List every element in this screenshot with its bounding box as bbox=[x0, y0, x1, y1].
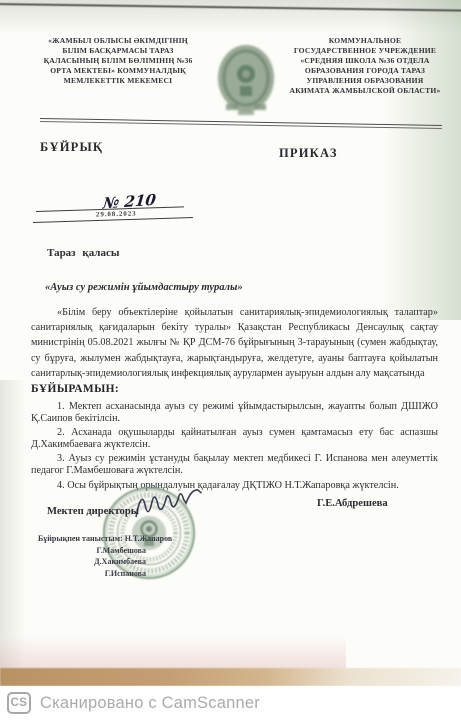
order-word-russian: ПРИКАЗ bbox=[279, 146, 338, 161]
camscanner-icon: CS bbox=[7, 692, 31, 714]
acknowledgement-label: Бұйрықпен таныстым: bbox=[38, 534, 123, 543]
document-title: «Ауыз су режимін ұйымдастыру туралы» bbox=[45, 282, 243, 293]
order-item-2: 2. Асханада оқушыларды қайнатылған ауыз … bbox=[31, 427, 438, 450]
acknowledgement-name-4: Г.Испанова bbox=[38, 568, 150, 580]
org-name-kazakh: «ЖАМБЫЛ ОБЛЫСЫ ӘКІМДІГІНІҢ БІЛІМ БАСҚАРМ… bbox=[34, 36, 202, 86]
table-edge bbox=[0, 668, 461, 686]
order-item-1: 1. Мектеп асханасында ауыз су режимі ұйы… bbox=[31, 401, 438, 424]
camscanner-watermark: Сканировано с CamScanner bbox=[40, 694, 260, 713]
scanned-document-photo: «ЖАМБЫЛ ОБЛЫСЫ ӘКІМДІГІНІҢ БІЛІМ БАСҚАРМ… bbox=[0, 0, 461, 720]
resolution-word: БҰЙЫРАМЫН: bbox=[31, 383, 438, 395]
document-body: «Білім беру объектілеріне қойылатын сани… bbox=[31, 305, 438, 491]
signature-name: Г.Е.Абдрешева bbox=[317, 498, 388, 509]
city-line: Тараз қаласы bbox=[47, 247, 119, 259]
preamble-paragraph: «Білім беру объектілеріне қойылатын сани… bbox=[31, 305, 438, 381]
acknowledgement-block: Бұйрықпен таныстым: Н.Т.Жапаров Г.Мамбеш… bbox=[38, 533, 150, 579]
order-word-kazakh: БҰЙРЫҚ bbox=[40, 140, 103, 155]
document-content: «ЖАМБЫЛ ОБЛЫСЫ ӘКІМДІГІНІҢ БІЛІМ БАСҚАРМ… bbox=[0, 0, 461, 686]
camscanner-footer: CS Сканировано с CamScanner bbox=[0, 686, 461, 720]
order-date-stamp: 29.08.2023 bbox=[96, 210, 137, 218]
order-item-3: 3. Ауыз су режимін ұстануды бақылау мект… bbox=[31, 453, 438, 476]
kazakhstan-emblem-icon bbox=[214, 42, 278, 118]
org-name-russian: КОММУНАЛЬНОЕ ГОСУДАРСТВЕННОЕ УЧРЕЖДЕНИЕ … bbox=[282, 36, 448, 96]
document-page: «ЖАМБЫЛ ОБЛЫСЫ ӘКІМДІГІНІҢ БІЛІМ БАСҚАРМ… bbox=[0, 0, 461, 686]
acknowledgement-name-3: Д.Хакимбаева bbox=[38, 556, 150, 568]
header-divider bbox=[40, 118, 442, 129]
acknowledgement-name-1: Н.Т.Жапаров bbox=[125, 534, 173, 543]
order-item-4: 4. Осы бұйрықтың орындалуын қадағалау ДҚ… bbox=[31, 480, 438, 492]
signature-role: Мектеп директоры bbox=[47, 506, 139, 517]
acknowledgement-name-2: Г.Мамбешова bbox=[38, 545, 150, 557]
